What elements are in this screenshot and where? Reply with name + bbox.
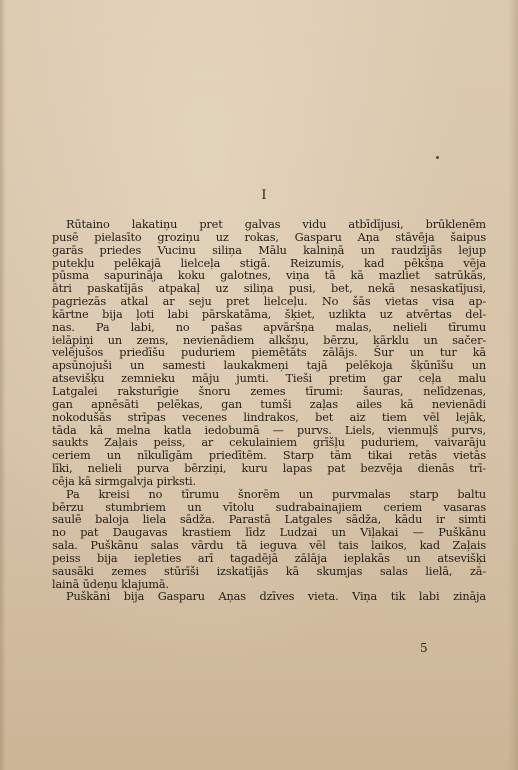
text-line: cēja kā sirmgalvja pirksti. — [52, 476, 486, 489]
text-line: pagriezās atkal ar seju pret lielceļu. N… — [52, 296, 486, 309]
text-line: nokodušās strīpas vecenes lindrakos, bet… — [52, 412, 486, 425]
text-line: peiss bija iepleties arī tagadējā zālāja… — [52, 553, 486, 566]
text-line: pusē pielasīto groziņu uz rokas, Gasparu… — [52, 232, 486, 245]
show-through-text — [48, 82, 488, 182]
text-line: sala. Puškānu salas vārdu tā ieguva vēl … — [52, 540, 486, 553]
text-line: gan apnēsāti pelēkas, gan tumši zaļas ai… — [52, 399, 486, 412]
text-line: nas. Pa labi, no pašas apvāršņa malas, n… — [52, 322, 486, 335]
text-line: Rūtaino lakatiņu pret galvas vidu atbīdī… — [52, 219, 486, 232]
page-edge-right — [508, 0, 518, 770]
text-line: sausāki zemes stūrīši izskatījās kā skum… — [52, 566, 486, 579]
page-number: 5 — [420, 641, 428, 655]
text-line: garās priedes Vucinu siliņa Mālu kalniņā… — [52, 245, 486, 258]
text-line: Puškāni bija Gasparu Aņas dzīves vieta. … — [52, 591, 486, 604]
chapter-number: I — [0, 188, 518, 203]
body-text: Rūtaino lakatiņu pret galvas vidu atbīdī… — [52, 219, 486, 604]
page-edge-left — [0, 0, 6, 770]
text-line: līki, nelieli purva bērziņi, kuru lapas … — [52, 463, 486, 476]
text-line: Latgalei raksturīgie šnoru zemes tīrumi:… — [52, 386, 486, 399]
paper-speck — [436, 156, 439, 159]
text-line: kārtne bija ļoti labi pārskatāma, šķiet,… — [52, 309, 486, 322]
text-line: Pa kreisi no tīrumu šnorēm un purvmalas … — [52, 489, 486, 502]
